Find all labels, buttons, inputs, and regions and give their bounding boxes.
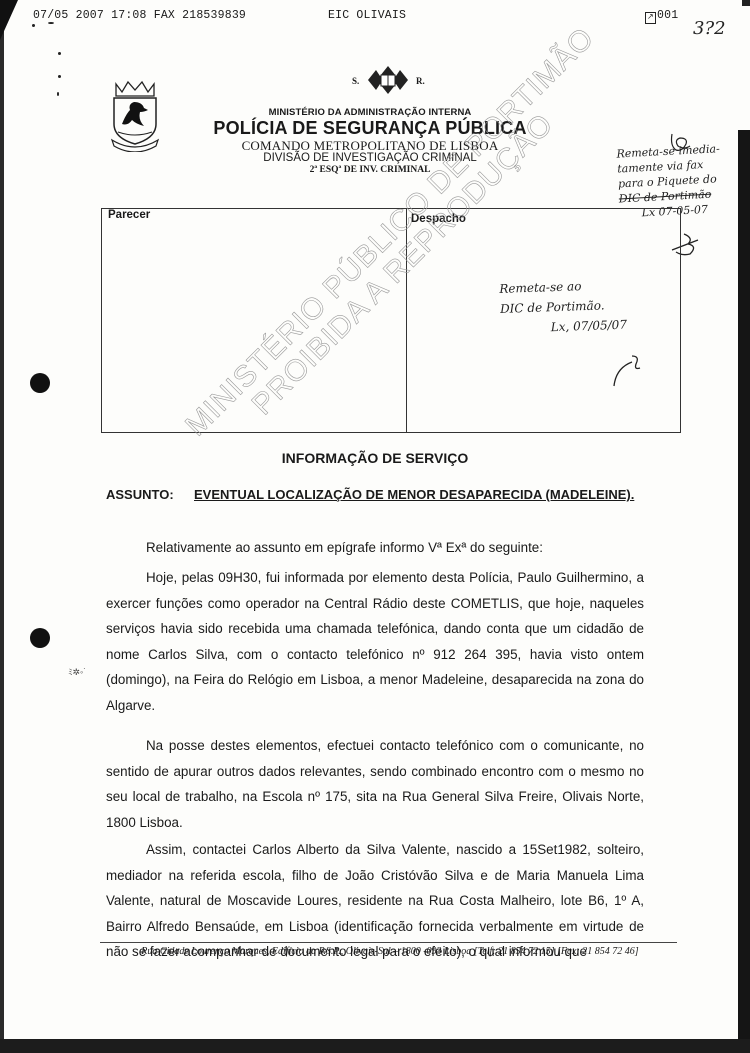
fax-page-number: 001 [657, 9, 678, 22]
scan-edge-left [0, 0, 4, 1053]
paragraph: Relativamente ao assunto em epígrafe inf… [106, 535, 644, 561]
punch-hole [30, 373, 50, 393]
scan-smudge: ﾐ✲◦˙ [68, 665, 86, 678]
despacho-handwriting: Remeta-se ao DIC de Portimão. Lx, 07/05/… [499, 273, 671, 339]
subject-text: EVENTUAL LOCALIZAÇÃO DE MENOR DESAPARECI… [194, 487, 634, 502]
subject-line: ASSUNTO:EVENTUAL LOCALIZAÇÃO DE MENOR DE… [106, 487, 634, 502]
psp-crest-icon [108, 80, 162, 152]
scan-edge-right-top [742, 0, 750, 6]
scan-edge-bottom [0, 1039, 750, 1053]
scan-speck [58, 52, 61, 55]
document-title: INFORMAÇÃO DE SERVIÇO [0, 450, 750, 466]
emblem-right-letter: R. [416, 76, 425, 86]
despacho-signature-icon [610, 352, 654, 388]
emblem-left-letter: S. [352, 76, 359, 86]
footer-rule [100, 942, 677, 943]
parecer-label: Parecer [108, 209, 150, 221]
paragraph-text: Na posse destes elementos, efectuei cont… [106, 733, 644, 835]
subject-label: ASSUNTO: [106, 487, 194, 502]
scan-corner [0, 0, 18, 40]
fax-sender: EIC OLIVAIS [328, 9, 406, 22]
page-icon: ↗ [645, 12, 656, 24]
footer-address: Rua Cidade Lourenço Marques, Edifício da… [100, 946, 680, 957]
republic-emblem: S. R. [352, 66, 462, 94]
armillary-sphere-icon [366, 66, 410, 94]
paragraph: Na posse destes elementos, efectuei cont… [106, 733, 644, 835]
scan-speck [58, 75, 61, 78]
paragraph-text: Relativamente ao assunto em epígrafe inf… [106, 535, 644, 561]
punch-hole [30, 628, 50, 648]
fax-timestamp: 07/05 2007 17:08 FAX 218539839 [33, 9, 246, 22]
paragraph-text: Hoje, pelas 09H30, fui informada por ele… [106, 565, 644, 719]
scan-speck [57, 92, 59, 96]
scan-edge-right [738, 130, 750, 1053]
handwritten-page-number: 3?2 [693, 18, 726, 39]
fax-page-counter: ↗001 [645, 9, 678, 24]
paragraph: Hoje, pelas 09H30, fui informada por ele… [106, 565, 644, 719]
fax-header: 07/05 2007 17:08 FAX 218539839 EIC OLIVA… [33, 9, 733, 25]
